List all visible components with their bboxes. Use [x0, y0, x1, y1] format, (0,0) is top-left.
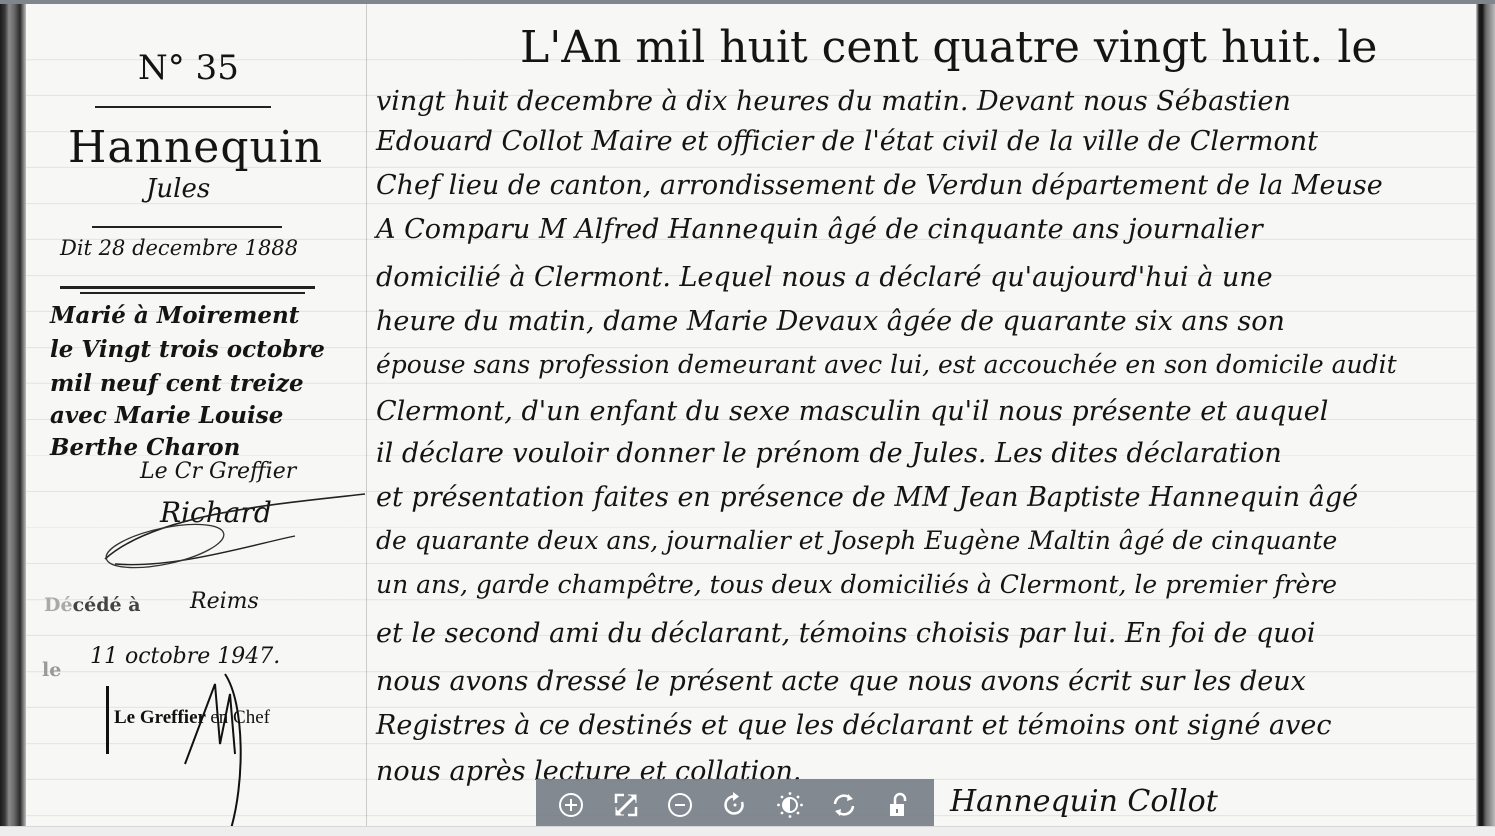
act-line: il déclare vouloir donner le prénom de J…: [376, 438, 1282, 469]
marriage-note-line: Berthe Charon: [50, 434, 240, 461]
act-line: heure du matin, dame Marie Devaux âgée d…: [376, 306, 1285, 337]
act-line: Edouard Collot Maire et officier de l'ét…: [376, 126, 1318, 157]
act-line: et le second ami du déclarant, témoins c…: [376, 618, 1316, 649]
signatures: Hannequin Collot: [950, 784, 1218, 819]
act-line: de quarante deux ans, journalier et Jose…: [376, 526, 1337, 555]
contrast-button[interactable]: [773, 788, 807, 822]
act-line: épouse sans profession demeurant avec lu…: [376, 350, 1397, 379]
margin-given-name: Jules: [146, 174, 210, 204]
act-line: domicilié à Clermont. Lequel nous a décl…: [376, 262, 1273, 293]
clerk-note: Le Cr Greffier: [140, 459, 296, 484]
zoom-in-button[interactable]: [554, 788, 588, 822]
act-line: L'An mil huit cent quatre vingt huit. le: [520, 22, 1377, 73]
margin-rule: [366, 4, 367, 826]
record-number: N° 35: [138, 48, 239, 88]
marriage-note-line: avec Marie Louise: [50, 402, 283, 429]
unlock-button[interactable]: [882, 788, 916, 822]
bottom-frame: [0, 826, 1495, 836]
act-line: Chef lieu de canton, arrondissement de V…: [376, 170, 1383, 201]
binding-edge-right: [1476, 4, 1495, 826]
marriage-note-line: Marié à Moirement: [50, 302, 299, 329]
death-le-label: le: [42, 659, 61, 681]
act-line: un ans, garde champêtre, tous deux domic…: [376, 570, 1337, 599]
signature-flourish: [95, 484, 375, 574]
zoom-in-icon: [557, 791, 585, 819]
death-label: Décédé à: [44, 594, 141, 616]
act-line: Registres à ce destinés et que les décla…: [376, 710, 1331, 741]
act-line: Clermont, d'un enfant du sexe masculin q…: [376, 396, 1328, 427]
margin-birth-date: Dit 28 decembre 1888: [60, 236, 298, 260]
image-viewer[interactable]: N° 35 Hannequin Jules Dit 28 decembre 18…: [0, 4, 1495, 826]
margin-surname: Hannequin: [68, 122, 323, 173]
act-line: A Comparu M Alfred Hannequin âgé de cinq…: [376, 214, 1263, 245]
unlock-icon: [885, 791, 913, 819]
zoom-out-button[interactable]: [663, 788, 697, 822]
zoom-out-icon: [666, 791, 694, 819]
rotate-icon: [721, 791, 749, 819]
binding-edge-left: [0, 4, 26, 826]
act-line: et présentation faites en présence de MM…: [376, 482, 1358, 513]
divider: [95, 106, 271, 108]
reset-button[interactable]: [827, 788, 861, 822]
greffier-signature: [175, 664, 255, 826]
rotate-button[interactable]: [718, 788, 752, 822]
act-line: vingt huit decembre à dix heures du mati…: [376, 86, 1291, 117]
viewer-toolbar: [536, 779, 934, 826]
fit-screen-button[interactable]: [609, 788, 643, 822]
divider-double: [80, 292, 305, 294]
divider: [92, 226, 282, 228]
marriage-note-line: le Vingt trois octobre: [50, 336, 325, 363]
refresh-icon: [830, 791, 858, 819]
marriage-note-line: mil neuf cent treize: [50, 370, 304, 397]
contrast-icon: [776, 791, 804, 819]
expand-icon: [612, 791, 640, 819]
stamp-bar: [106, 686, 109, 754]
death-place: Reims: [190, 589, 259, 614]
divider-double: [60, 286, 315, 289]
act-line: nous avons dressé le présent acte que no…: [376, 666, 1306, 697]
